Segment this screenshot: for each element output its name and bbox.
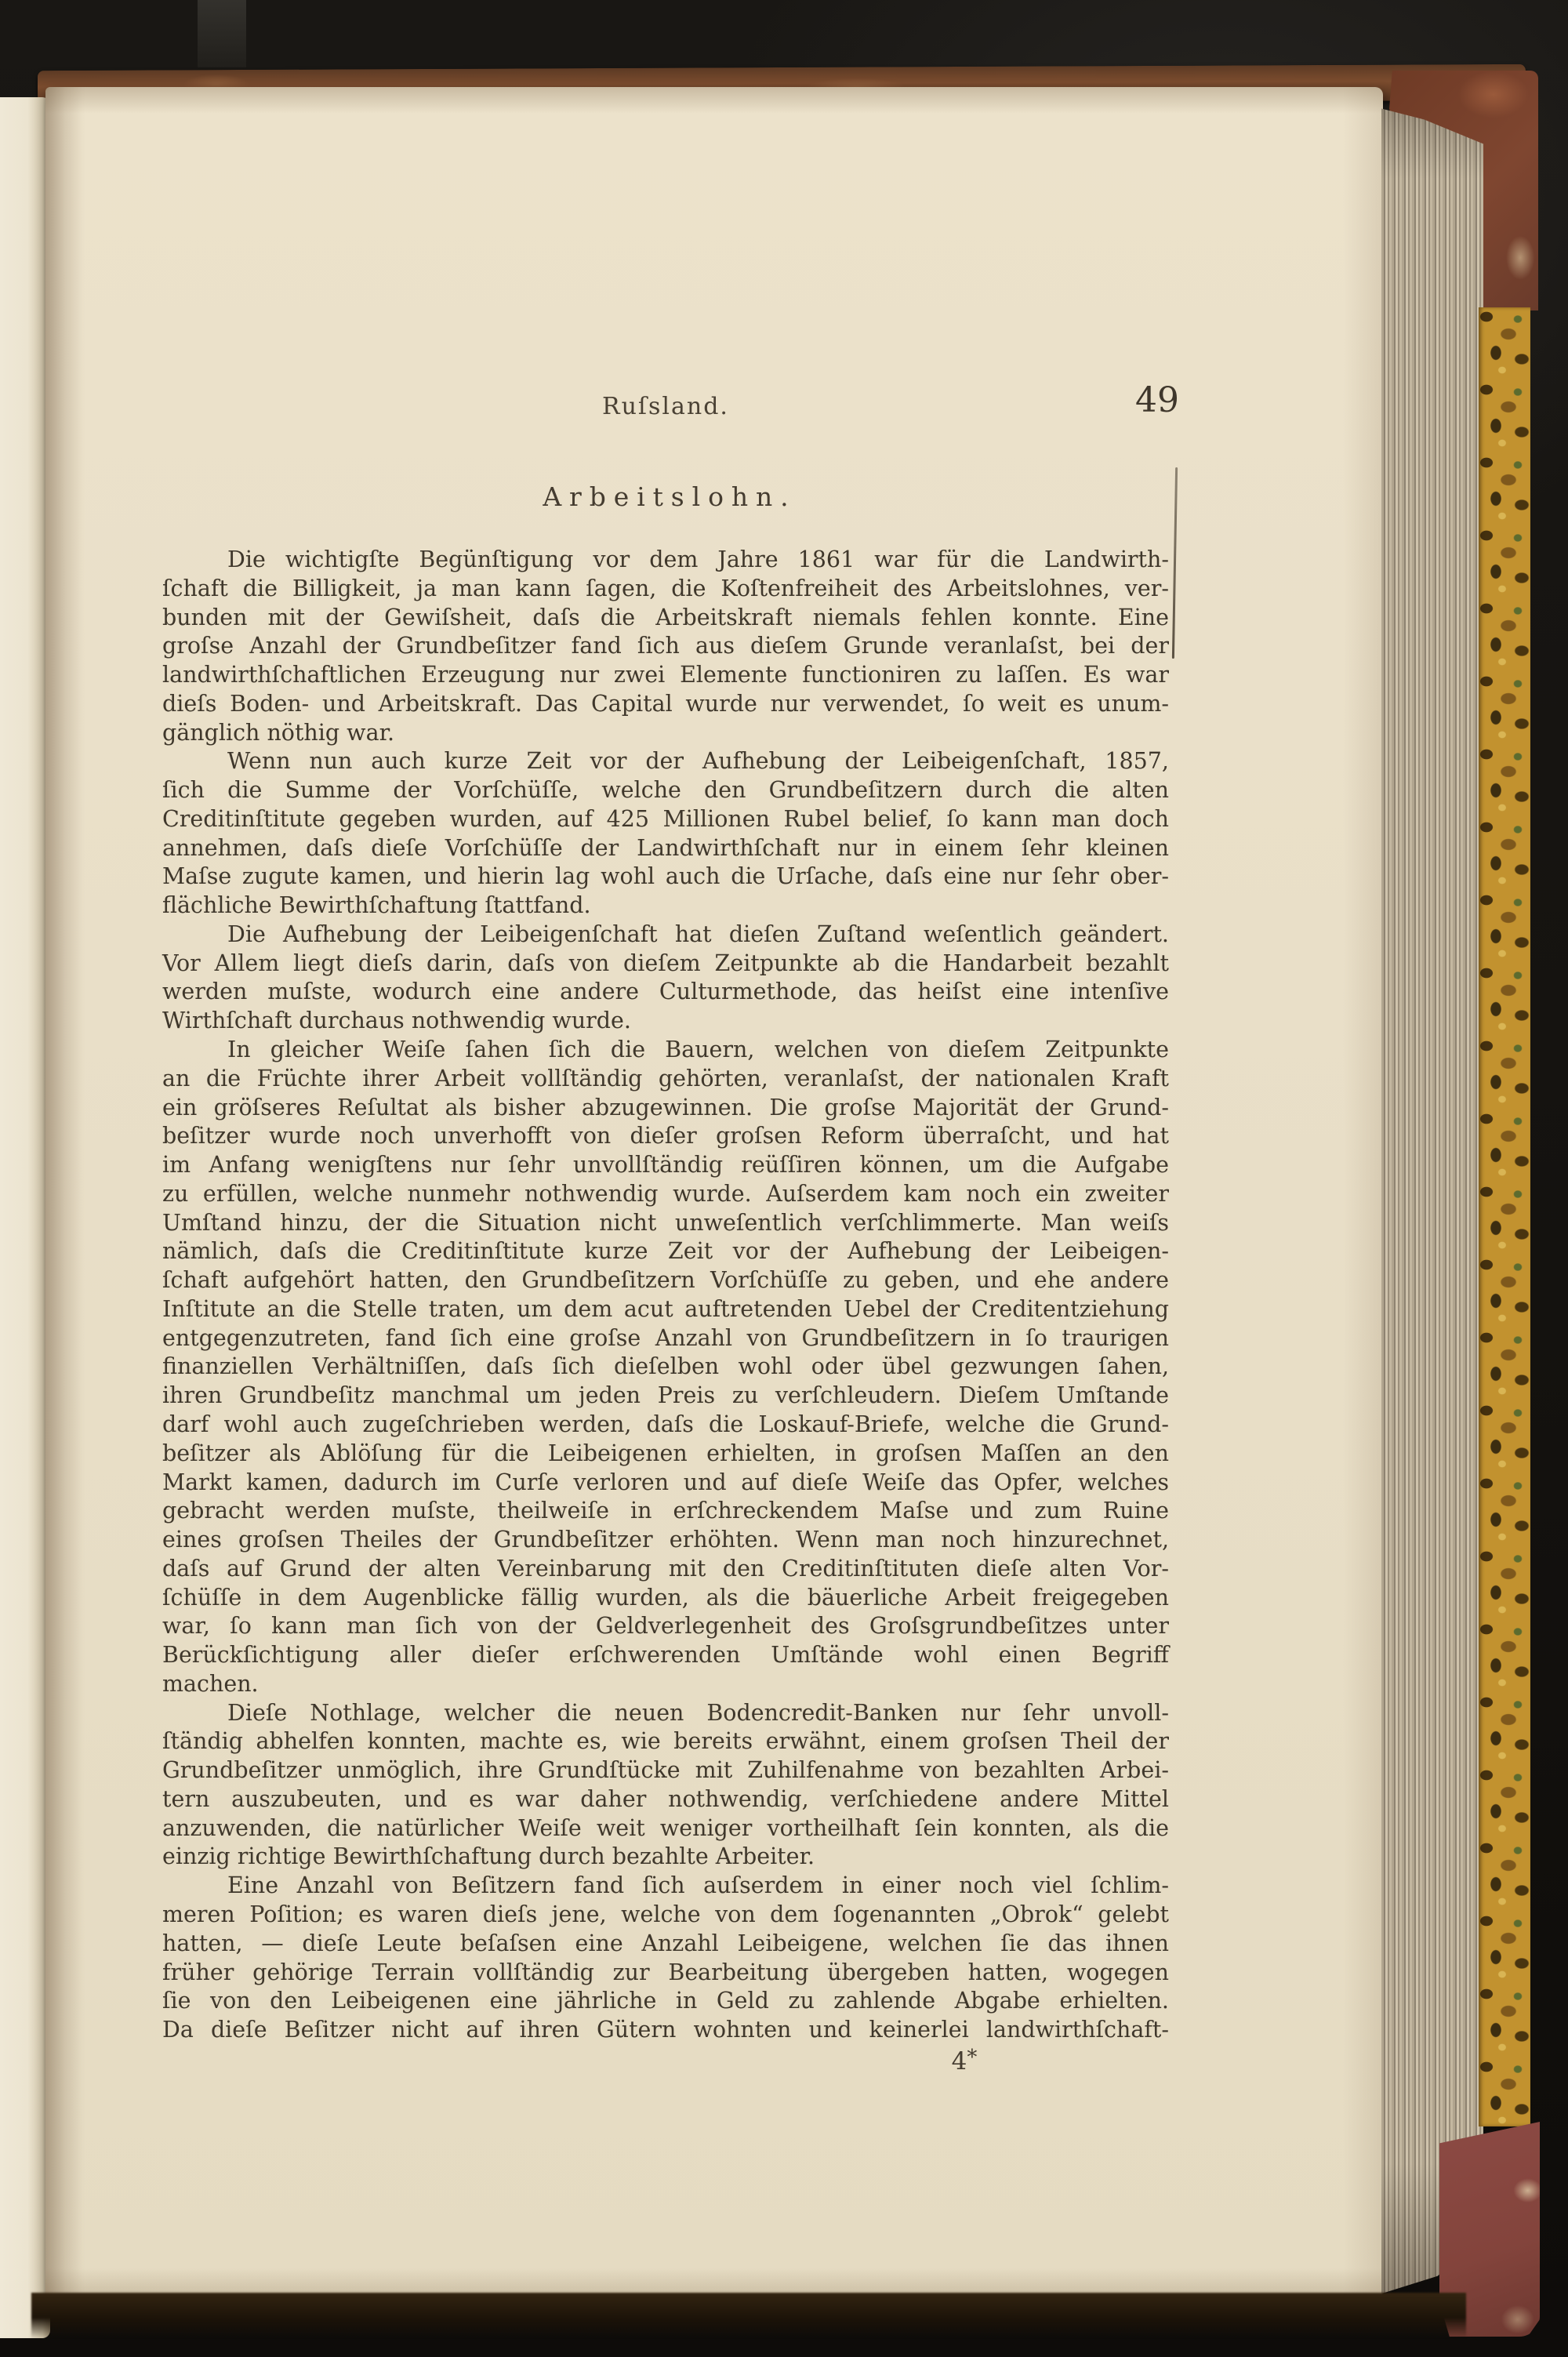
running-title: Ruſsland. xyxy=(162,393,1169,420)
text-line: groſse Anzahl der Grundbeſitzer fand ſic… xyxy=(162,632,1169,661)
text-line: machen. xyxy=(162,1670,1169,1699)
text-line: tern auszubeuten, und es war daher nothw… xyxy=(162,1785,1169,1814)
gutter-shadow xyxy=(45,87,82,2301)
text-line: Wenn nun auch kurze Zeit vor der Aufhebu… xyxy=(162,747,1169,776)
text-line: meren Poſition; es waren dieſs jene, wel… xyxy=(162,1901,1169,1930)
body-text: Die wichtigſte Begünſtigung vor dem Jahr… xyxy=(162,546,1169,2045)
text-line: finanziellen Verhältniſſen, daſs ſich di… xyxy=(162,1353,1169,1382)
text-line: gebracht werden muſste, theilweiſe in er… xyxy=(162,1497,1169,1526)
text-line: daſs auf Grund der alten Vereinbarung mi… xyxy=(162,1555,1169,1584)
text-line: Dieſe Nothlage, welcher die neuen Bodenc… xyxy=(162,1699,1169,1728)
text-line: Vor Allem liegt dieſs darin, daſs von di… xyxy=(162,950,1169,979)
text-line: ihren Grundbeſitz manchmal um jeden Prei… xyxy=(162,1382,1169,1411)
text-line: anzuwenden, die natürlicher Weiſe weit w… xyxy=(162,1814,1169,1843)
text-line: eines groſsen Theiles der Grundbeſitzer … xyxy=(162,1526,1169,1555)
text-line: ſie von den Leibeigenen eine jährliche i… xyxy=(162,1987,1169,2016)
fore-edge-pages xyxy=(1381,91,1483,2296)
signature-star-icon: * xyxy=(967,2046,977,2069)
text-line: beſitzer wurde noch unverhofft von dieſe… xyxy=(162,1122,1169,1151)
text-line: Inſtitute an die Stelle traten, um dem a… xyxy=(162,1295,1169,1324)
text-line: beſitzer als Ablöſung für die Leibeigene… xyxy=(162,1440,1169,1469)
text-line: Umſtand hinzu, der die Situation nicht u… xyxy=(162,1209,1169,1238)
marbled-board-edge xyxy=(1479,307,1530,2126)
text-line: einzig richtige Bewirthſchaftung durch b… xyxy=(162,1843,1169,1872)
text-line: ſtändig abhelfen konnten, machte es, wie… xyxy=(162,1727,1169,1756)
left-page-edge xyxy=(0,97,50,2338)
text-line: im Anfang wenigſtens nur ſehr unvollſtän… xyxy=(162,1151,1169,1180)
text-line: Wirthſchaft durchaus nothwendig wurde. xyxy=(162,1007,1169,1036)
text-line: werden muſste, wodurch eine andere Cultu… xyxy=(162,978,1169,1007)
text-line: ſchaft die Billigkeit, ja man kann ſagen… xyxy=(162,575,1169,604)
book-photo: Ruſsland. 49 Arbeitslohn. Die wichtigſte… xyxy=(0,0,1568,2357)
text-line: entgegenzutreten, fand ſich eine groſse … xyxy=(162,1324,1169,1353)
text-line: hatten, — dieſe Leute beſaſsen eine Anza… xyxy=(162,1930,1169,1959)
signature-number: 4 xyxy=(952,2047,967,2076)
text-line: Markt kamen, dadurch im Curſe verloren u… xyxy=(162,1469,1169,1498)
signature-mark: 4* xyxy=(909,2046,1019,2076)
background-object xyxy=(198,0,246,67)
text-line: annehmen, daſs dieſe Vorſchüſſe der Land… xyxy=(162,834,1169,863)
text-line: früher gehörige Terrain vollſtändig zur … xyxy=(162,1959,1169,1988)
text-line: bunden mit der Gewiſsheit, daſs die Arbe… xyxy=(162,604,1169,633)
text-line: an die Früchte ihrer Arbeit vollſtändig … xyxy=(162,1065,1169,1094)
text-line: Grundbeſitzer unmöglich, ihre Grundſtück… xyxy=(162,1756,1169,1785)
text-line: war, ſo kann man ſich von der Geldverleg… xyxy=(162,1612,1169,1641)
book-page: Ruſsland. 49 Arbeitslohn. Die wichtigſte… xyxy=(45,87,1383,2301)
text-line: Maſse zugute kamen, und hierin lag wohl … xyxy=(162,863,1169,892)
text-line: ſchüſſe in dem Augenblicke fällig wurden… xyxy=(162,1584,1169,1613)
text-line: Da dieſe Beſitzer nicht auf ihren Gütern… xyxy=(162,2016,1169,2045)
text-line: zu erfüllen, welche nunmehr nothwendig w… xyxy=(162,1180,1169,1209)
text-line: ſchaft aufgehört hatten, den Grundbeſitz… xyxy=(162,1266,1169,1295)
text-line: Eine Anzahl von Beſitzern fand ſich auſs… xyxy=(162,1872,1169,1901)
text-line: Die Aufhebung der Leibeigenſchaft hat di… xyxy=(162,921,1169,950)
text-line: darf wohl auch zugeſchrieben werden, daſ… xyxy=(162,1411,1169,1440)
text-line: Die wichtigſte Begünſtigung vor dem Jahr… xyxy=(162,546,1169,575)
text-line: Berückſichtigung aller dieſer erſchweren… xyxy=(162,1641,1169,1670)
text-line: nämlich, daſs die Creditinſtitute kurze … xyxy=(162,1237,1169,1266)
text-line: dieſs Boden- und Arbeitskraft. Das Capit… xyxy=(162,690,1169,719)
page-number: 49 xyxy=(1110,380,1204,420)
text-line: ſich die Summe der Vorſchüſſe, welche de… xyxy=(162,776,1169,805)
text-line: Creditinſtitute gegeben wurden, auf 425 … xyxy=(162,805,1169,834)
text-line: ein gröſseres Reſultat als bisher abzuge… xyxy=(162,1094,1169,1123)
text-line: flächliche Bewirthſchaftung ſtattfand. xyxy=(162,892,1169,921)
text-line: gänglich nöthig war. xyxy=(162,719,1169,748)
section-title: Arbeitslohn. xyxy=(162,481,1169,512)
page-bottom-shadow xyxy=(31,2293,1466,2338)
text-line: landwirthſchaftlichen Erzeugung nur zwei… xyxy=(162,661,1169,690)
text-line: In gleicher Weiſe ſahen ſich die Bauern,… xyxy=(162,1036,1169,1065)
